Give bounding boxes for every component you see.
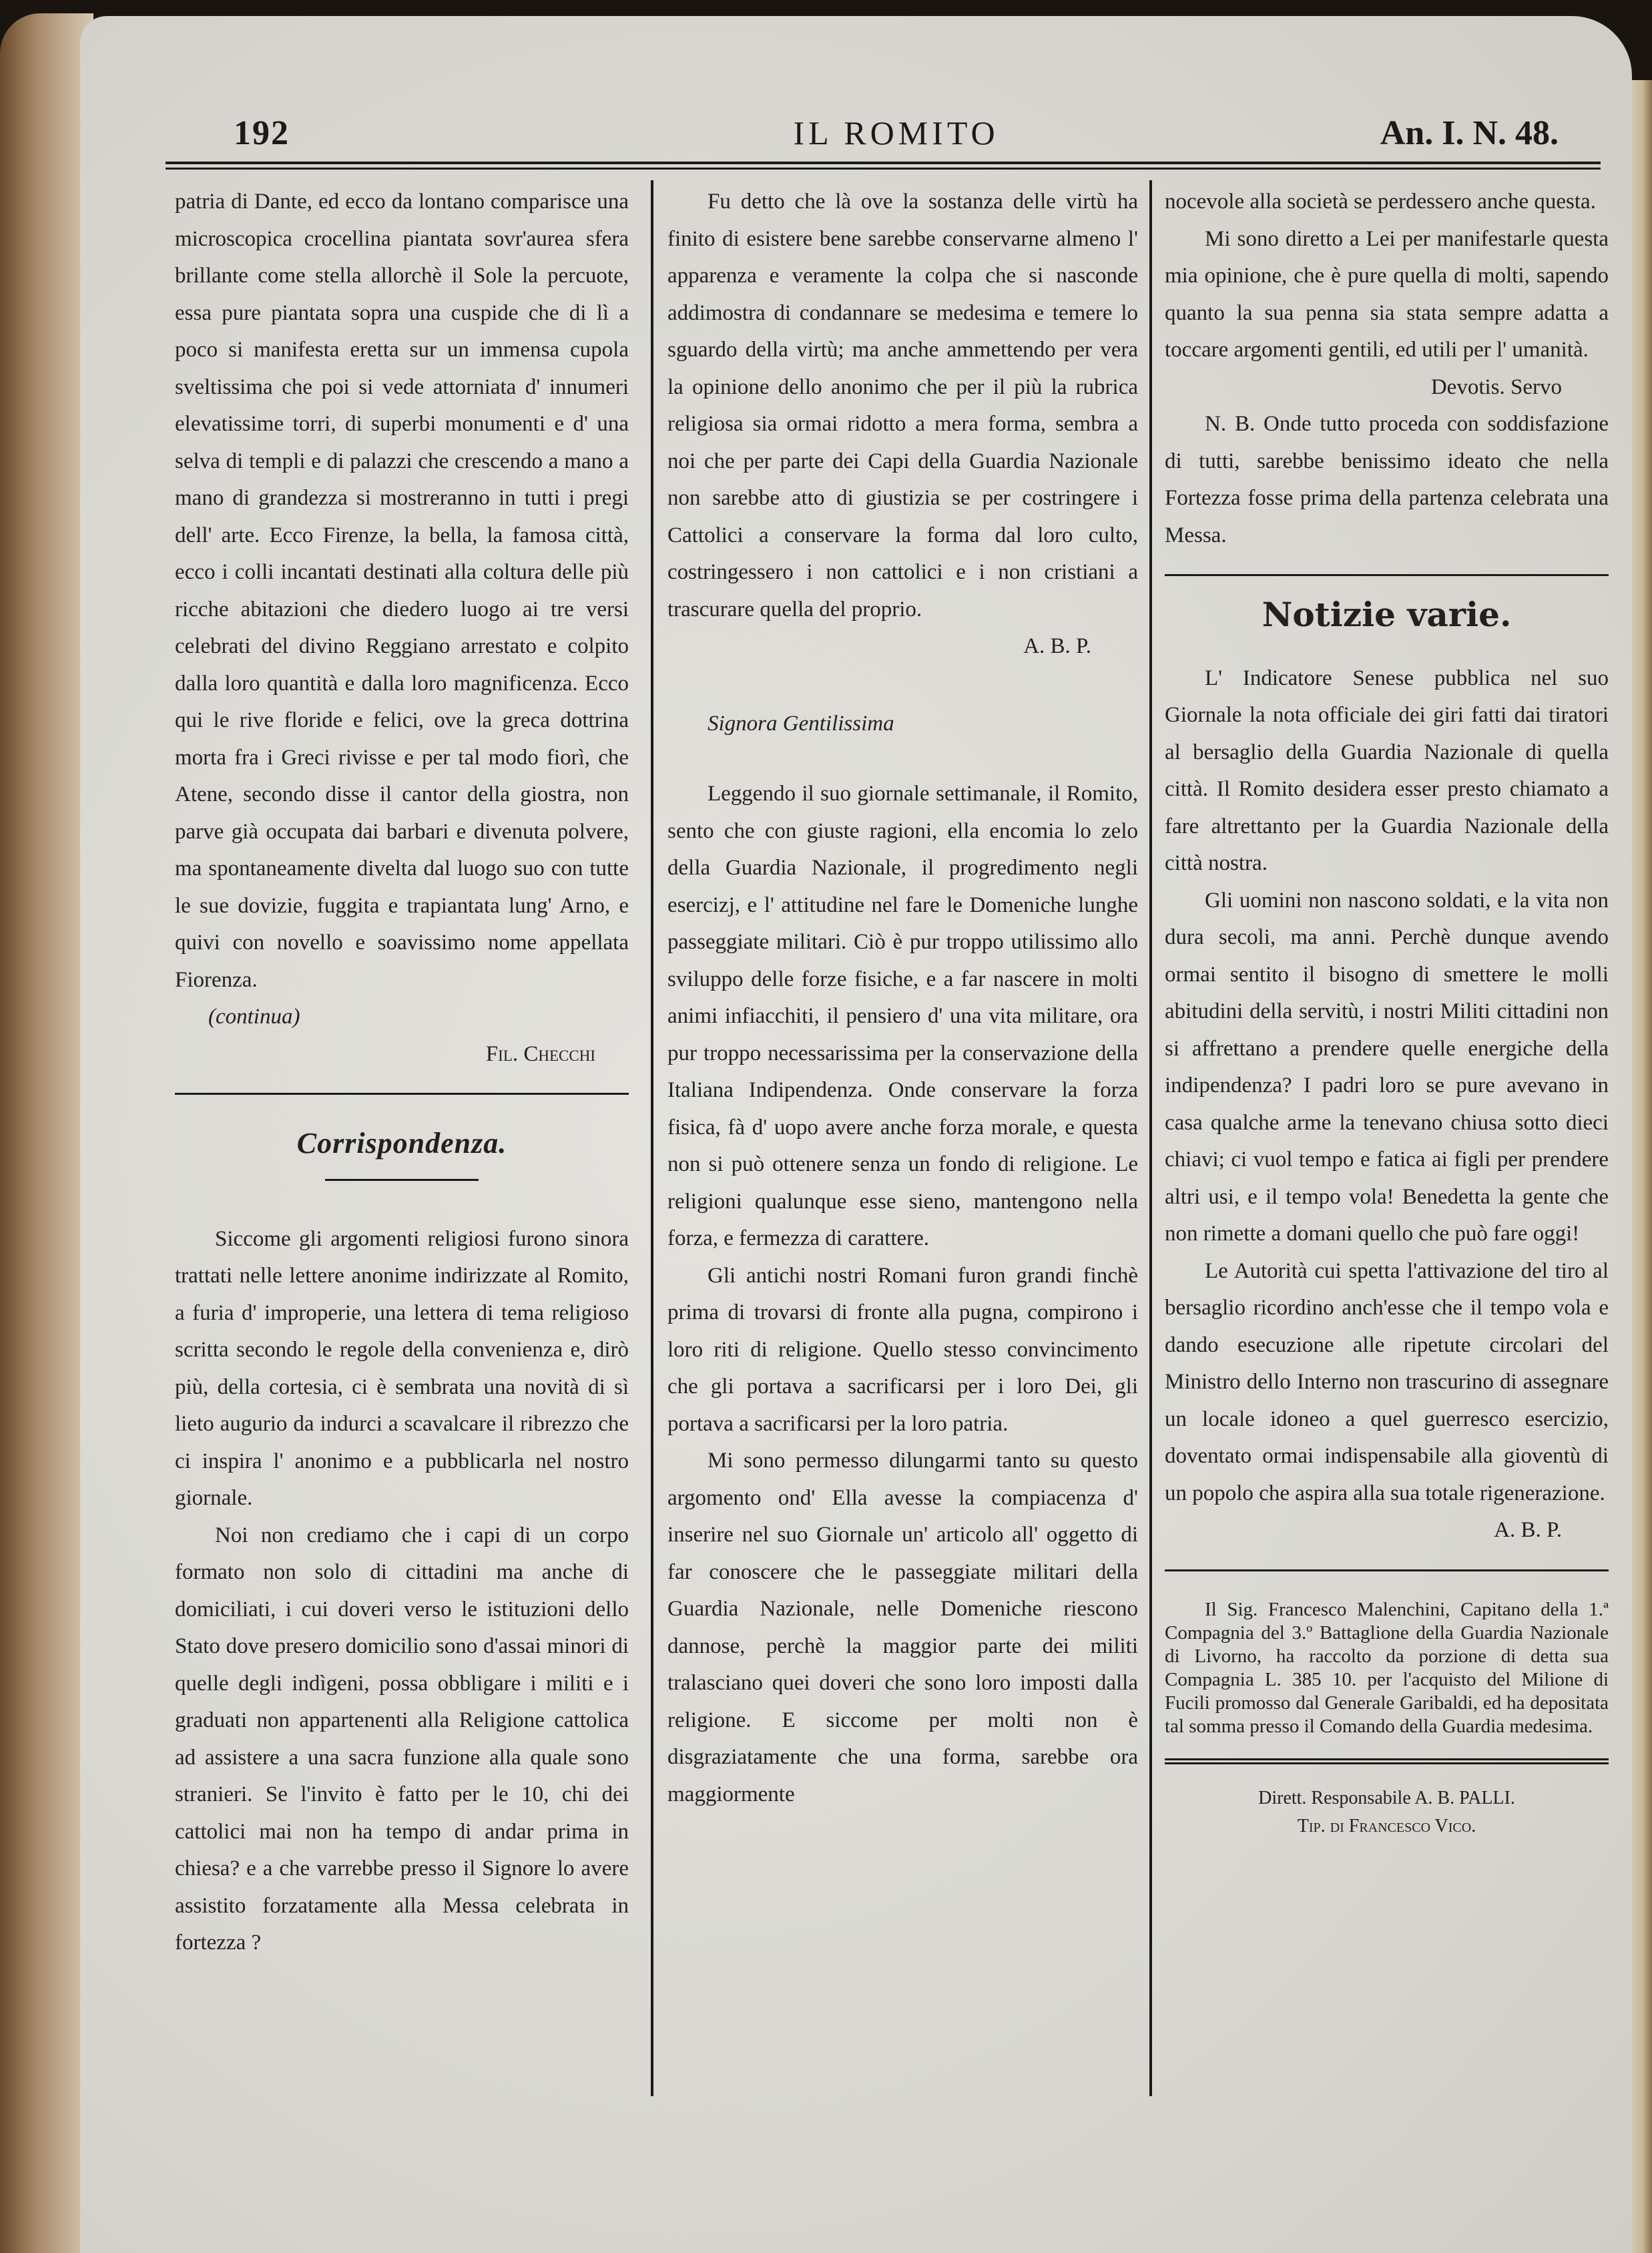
nota-bene: N. B. Onde tutto proceda con soddisfazio…: [1165, 406, 1609, 554]
printer-line: Tip. di Francesco Vico.: [1165, 1812, 1609, 1840]
column-2: Fu detto che là ove la sostanza delle vi…: [667, 184, 1138, 1813]
running-head: 192 IL ROMITO An. I. N. 48.: [234, 113, 1559, 160]
section-rule: [175, 1093, 629, 1095]
journal-title: IL ROMITO: [234, 113, 1559, 152]
letter-paragraph: Gli antichi nostri Romani furon grandi f…: [667, 1258, 1138, 1443]
letter-paragraph: nocevole alla società se perdessero anch…: [1165, 184, 1609, 221]
letter-salutation: Signora Gentilissima: [667, 706, 1138, 743]
director-line: Dirett. Responsabile A. B. PALLI.: [1165, 1784, 1609, 1812]
news-paragraph: Le Autorità cui spetta l'attivazione del…: [1165, 1253, 1609, 1513]
letter-paragraph: Mi sono diretto a Lei per manifestarle q…: [1165, 221, 1609, 369]
donation-notice: Il Sig. Francesco Malenchini, Capitano d…: [1165, 1598, 1609, 1738]
header-double-rule: [166, 162, 1601, 170]
intro-paragraph: Siccome gli argomenti religiosi furono s…: [175, 1221, 629, 1517]
letter-closing: Devotis. Servo: [1165, 369, 1609, 407]
column-3: nocevole alla società se perdessero anch…: [1165, 184, 1609, 1840]
intro-paragraph: Noi non crediamo che i capi di un corpo …: [175, 1517, 629, 1962]
issue-number: An. I. N. 48.: [1380, 113, 1559, 153]
editorial-paragraph: Fu detto che là ove la sostanza delle vi…: [667, 184, 1138, 628]
notice-text: Il Sig. Francesco Malenchini, Capitano d…: [1165, 1598, 1609, 1738]
notice-rule: [1165, 1569, 1609, 1571]
short-rule: [325, 1179, 479, 1181]
section-title-notizie-varie: Notizie varie.: [1165, 596, 1609, 634]
section-rule: [1165, 574, 1609, 576]
news-paragraph: L' Indicatore Senese pubblica nel suo Gi…: [1165, 660, 1609, 883]
continua-note: (continua): [175, 999, 629, 1036]
section-title-corrispondenza: Corrispondenza.: [175, 1125, 629, 1162]
book-binding-edge: [0, 13, 93, 2253]
article-continuation: patria di Dante, ed ecco da lontano comp…: [175, 184, 629, 999]
news-signature: A. B. P.: [1165, 1512, 1609, 1549]
column-divider-1: [651, 180, 653, 2096]
imprint-double-rule: [1165, 1758, 1609, 1764]
news-paragraph: Gli uomini non nascono soldati, e la vit…: [1165, 883, 1609, 1253]
imprint: Dirett. Responsabile A. B. PALLI. Tip. d…: [1165, 1784, 1609, 1840]
author-signature: Fil. Checchi: [175, 1036, 629, 1073]
column-divider-2: [1149, 180, 1152, 2096]
letter-paragraph: Leggendo il suo giornale settimanale, il…: [667, 776, 1138, 1258]
column-1: patria di Dante, ed ecco da lontano comp…: [175, 184, 629, 1962]
editorial-signature: A. B. P.: [667, 628, 1138, 666]
letter-paragraph: Mi sono permesso dilungarmi tanto su que…: [667, 1443, 1138, 1813]
